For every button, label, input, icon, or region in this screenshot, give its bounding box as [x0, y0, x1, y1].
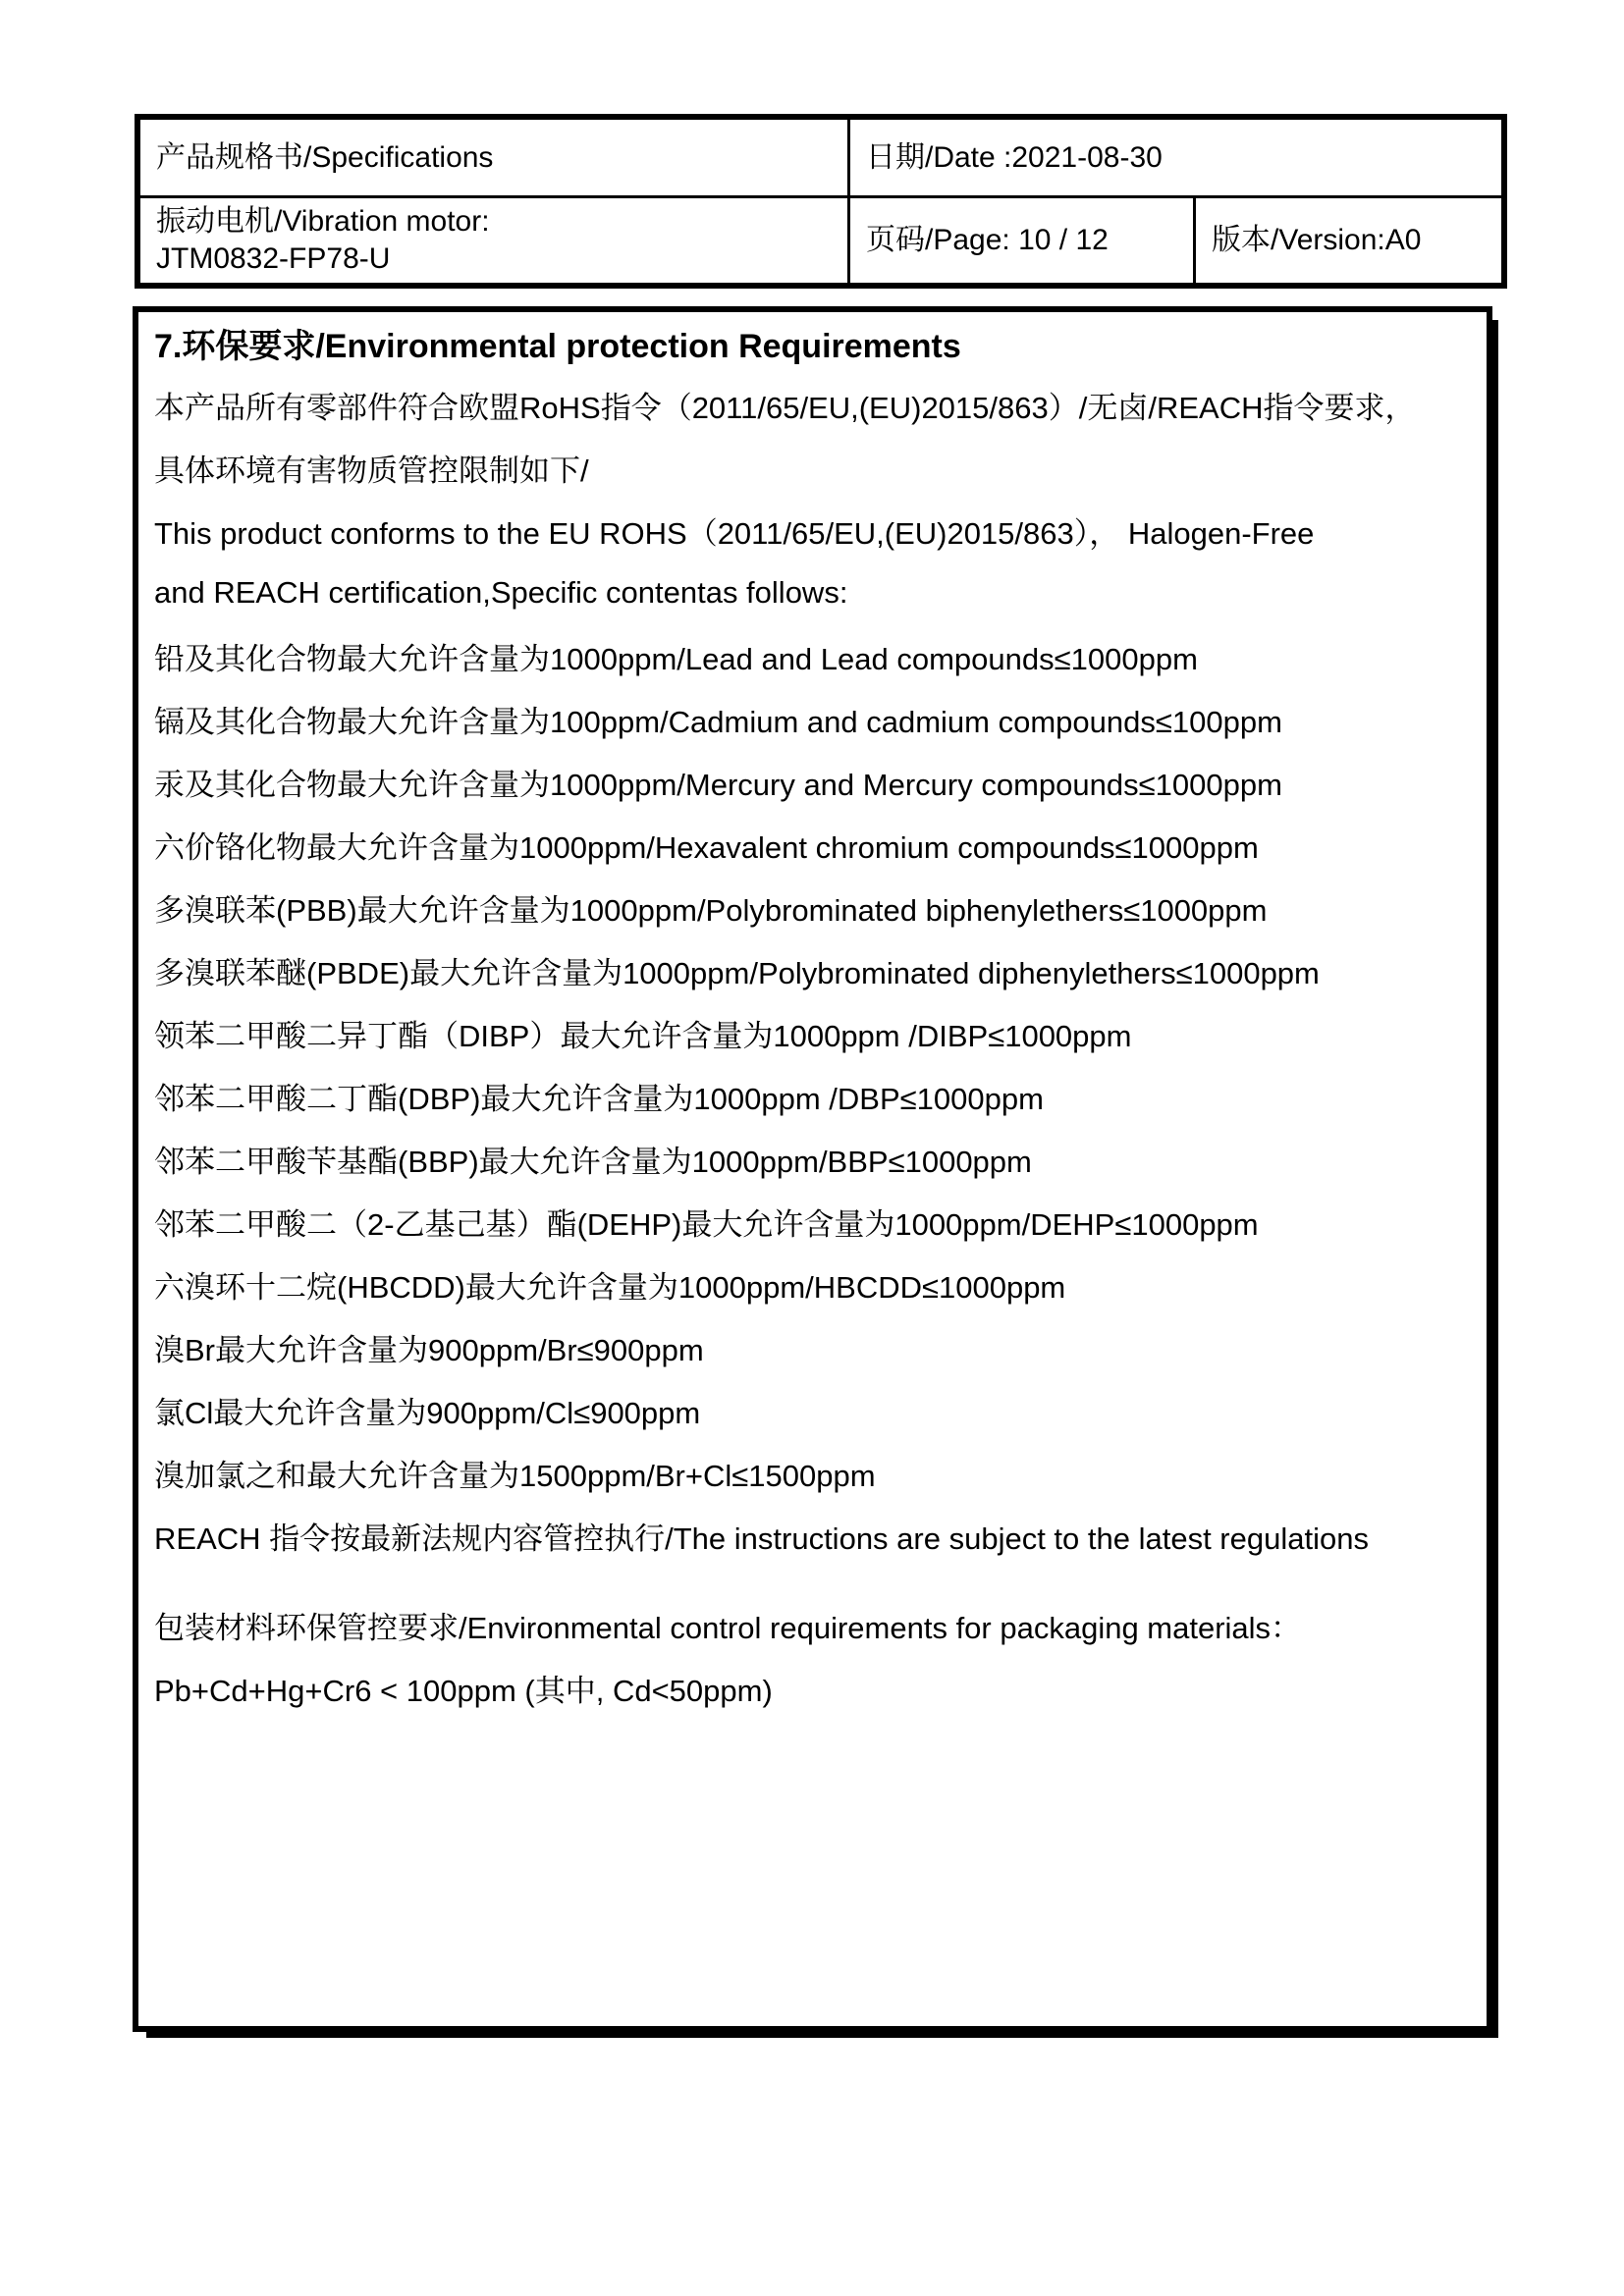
- body-line: 本产品所有零部件符合欧盟RoHS指令（2011/65/EU,(EU)2015/8…: [154, 373, 1469, 436]
- body-line: This product conforms to the EU ROHS（201…: [154, 499, 1469, 561]
- body-line: 溴Br最大允许含量为900ppm/Br≤900ppm: [154, 1315, 1469, 1378]
- body-line: 铅及其化合物最大允许含量为1000ppm/Lead and Lead compo…: [154, 624, 1469, 687]
- version-cell: 版本/Version:A0: [1193, 198, 1501, 283]
- body-line: and REACH certification,Specific content…: [154, 561, 1469, 624]
- product-name-text: 振动电机/Vibration motor:: [156, 203, 847, 240]
- section-body: 本产品所有零部件符合欧盟RoHS指令（2011/65/EU,(EU)2015/8…: [154, 373, 1469, 1719]
- body-line: 包装材料环保管控要求/Environmental control require…: [154, 1593, 1469, 1656]
- body-line: 六价铬化物最大允许含量为1000ppm/Hexavalent chromium …: [154, 813, 1469, 876]
- body-line: 邻苯二甲酸二丁酯(DBP)最大允许含量为1000ppm /DBP≤1000ppm: [154, 1064, 1469, 1127]
- body-line: 多溴联苯醚(PBDE)最大允许含量为1000ppm/Polybrominated…: [154, 938, 1469, 1001]
- product-model-text: JTM0832-FP78-U: [156, 240, 847, 278]
- body-line: 邻苯二甲酸苄基酯(BBP)最大允许含量为1000ppm/BBP≤1000ppm: [154, 1127, 1469, 1190]
- body-line: 镉及其化合物最大允许含量为100ppm/Cadmium and cadmium …: [154, 687, 1469, 750]
- version-text: 版本/Version:A0: [1212, 222, 1501, 259]
- body-line: REACH 指令按最新法规内容管控执行/The instructions are…: [154, 1504, 1469, 1567]
- body-line: 六溴环十二烷(HBCDD)最大允许含量为1000ppm/HBCDD≤1000pp…: [154, 1253, 1469, 1315]
- header-row-1: 产品规格书/Specifications 日期/Date :2021-08-30: [140, 120, 1501, 198]
- product-cell: 振动电机/Vibration motor: JTM0832-FP78-U: [140, 198, 847, 283]
- document-page: 产品规格书/Specifications 日期/Date :2021-08-30…: [0, 0, 1624, 2296]
- page-number-cell: 页码/Page: 10 / 12: [847, 198, 1193, 283]
- body-line: 领苯二甲酸二异丁酯（DIBP）最大允许含量为1000ppm /DIBP≤1000…: [154, 1001, 1469, 1064]
- date-cell: 日期/Date :2021-08-30: [847, 120, 1501, 195]
- spec-header-table: 产品规格书/Specifications 日期/Date :2021-08-30…: [135, 114, 1507, 289]
- body-line: 溴加氯之和最大允许含量为1500ppm/Br+Cl≤1500ppm: [154, 1441, 1469, 1504]
- spec-title-text: 产品规格书/Specifications: [156, 139, 847, 177]
- header-row-2: 振动电机/Vibration motor: JTM0832-FP78-U 页码/…: [140, 198, 1501, 283]
- environmental-requirements-box: 7.环保要求/Environmental protection Requirem…: [133, 306, 1492, 2032]
- body-line: 邻苯二甲酸二（2-乙基己基）酯(DEHP)最大允许含量为1000ppm/DEHP…: [154, 1190, 1469, 1253]
- page-number-text: 页码/Page: 10 / 12: [866, 222, 1193, 259]
- body-line: 汞及其化合物最大允许含量为1000ppm/Mercury and Mercury…: [154, 750, 1469, 813]
- body-line: 具体环境有害物质管控限制如下/: [154, 436, 1469, 499]
- body-line: 多溴联苯(PBB)最大允许含量为1000ppm/Polybrominated b…: [154, 876, 1469, 938]
- body-line: 氯Cl最大允许含量为900ppm/Cl≤900ppm: [154, 1378, 1469, 1441]
- spec-title-cell: 产品规格书/Specifications: [140, 120, 847, 195]
- section-title: 7.环保要求/Environmental protection Requirem…: [154, 326, 1469, 373]
- body-line: Pb+Cd+Hg+Cr6 < 100ppm (其中, Cd<50ppm): [154, 1656, 1469, 1719]
- date-text: 日期/Date :2021-08-30: [866, 139, 1501, 177]
